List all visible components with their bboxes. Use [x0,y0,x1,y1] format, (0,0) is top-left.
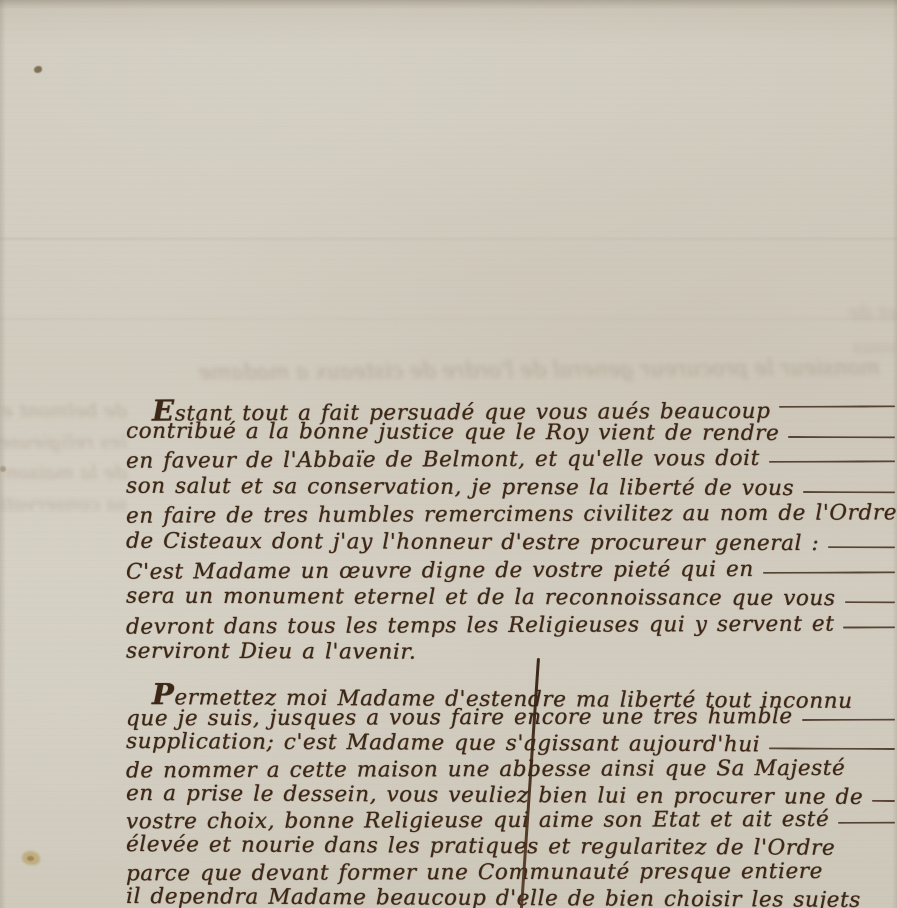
manuscript-line: en faire de tres humbles remercimens civ… [126,501,895,532]
bleedthrough-fragment: et de [833,296,897,330]
line-filler-stroke [838,822,895,824]
manuscript-line: contribué a la bonne justice que le Roy … [126,418,895,448]
manuscript-line-text: que je suis, jusques a vous faire encore… [126,704,793,731]
line-filler-stroke [763,571,895,574]
manuscript-line: C'est Madame un œuvre digne de vostre pi… [126,556,895,587]
paper-stain [22,851,40,865]
manuscript-line: vostre choix, bonne Religieuse qui aime … [126,807,895,836]
manuscript-line-text: parce que devant former une Communauté p… [126,859,823,886]
manuscript-line-text: élevée et nourie dans les pratiques et r… [126,832,835,861]
manuscript-line-text: sera un monument eternel et de la reconn… [126,584,836,611]
manuscript-line: serviront Dieu a l'avenir. [126,639,895,669]
line-filler-stroke [843,626,895,628]
manuscript-line: Permettez moi Madame d'estendre ma liber… [126,677,895,707]
manuscript-line: devront dans tous les temps les Religieu… [126,611,895,642]
paragraph-2: Permettez moi Madame d'estendre ma liber… [126,679,895,908]
line-filler-stroke [828,546,895,548]
paper-crease [0,318,897,320]
paper-crease [0,238,897,240]
manuscript-line: son salut et sa conservation, je prense … [126,473,895,503]
manuscript-line-text: vostre choix, bonne Religieuse qui aime … [126,807,829,834]
manuscript-line: en faveur de l'Abbaïe de Belmont, et qu'… [126,446,895,477]
bleedthrough-fragment: de la maison [0,458,127,489]
page-left-shadow [0,0,6,908]
line-filler-stroke [769,461,895,464]
line-filler-stroke [803,491,895,493]
manuscript-line-text: devront dans tous les temps les Religieu… [126,611,835,639]
manuscript-line-text: C'est Madame un œuvre digne de vostre pi… [126,557,754,585]
bleedthrough-right-edge: et de vous [833,296,897,386]
manuscript-line-text: contribué a la bonne justice que le Roy … [126,418,779,445]
line-filler-stroke [845,601,895,603]
manuscript-line-text: il dependra Madame beaucoup d'elle de bi… [126,884,861,908]
manuscript-line: il dependra Madame beaucoup d'elle de bi… [126,884,895,908]
manuscript-line-text: de nommer a cette maison une abbesse ain… [126,756,845,784]
manuscript-line: de nommer a cette maison une abbesse ain… [126,755,895,784]
manuscript-line-text: supplication; c'est Madame que s'agissan… [126,729,760,757]
manuscript-line-text: son salut et sa conservation, je prense … [126,473,794,500]
paragraph-1: Estant tout a fait persuadé que vous aué… [126,392,895,668]
line-filler-stroke [802,719,895,721]
paper-stain-core [27,856,34,861]
manuscript-line: élevée et nourie dans les pratiques et r… [126,832,895,862]
page-top-shadow [0,0,897,9]
manuscript-line: supplication; c'est Madame que s'agissan… [126,729,895,759]
manuscript-line-text: de Cisteaux dont j'ay l'honneur d'estre … [126,529,819,556]
manuscript-line: de Cisteaux dont j'ay l'honneur d'estre … [126,529,895,559]
manuscript-line: parce que devant former une Communauté p… [126,859,895,888]
manuscript-line: Estant tout a fait persuadé que vous aué… [126,390,895,421]
bleedthrough-fragment: sa conservation [0,489,127,520]
manuscript-line-text: en faveur de l'Abbaïe de Belmont, et qu'… [126,446,760,474]
line-filler-stroke [872,799,895,801]
bleedthrough-fragment: les religieuses [0,427,127,458]
line-filler-stroke [788,436,895,438]
line-filler-stroke [769,747,895,750]
ink-speck [34,66,42,73]
manuscript-line-text: en a prise le dessein, vous veuliez bien… [126,781,863,810]
line-filler-stroke [779,405,895,408]
manuscript-page: monsieur le procureur general de l'ordre… [0,0,897,908]
manuscript-line: que je suis, jusques a vous faire encore… [126,704,895,733]
bleedthrough-left-margin: de belmont et les religieuses de la mais… [0,396,127,546]
bleedthrough-fragment: de belmont et [0,396,127,427]
manuscript-line-text: serviront Dieu a l'avenir. [126,639,416,665]
manuscript-line-text: en faire de tres humbles remercimens civ… [126,501,897,529]
bleedthrough-fragment: vous [833,330,897,364]
manuscript-line: sera un monument eternel et de la reconn… [126,584,895,614]
manuscript-line: en a prise le dessein, vous veuliez bien… [126,781,895,811]
